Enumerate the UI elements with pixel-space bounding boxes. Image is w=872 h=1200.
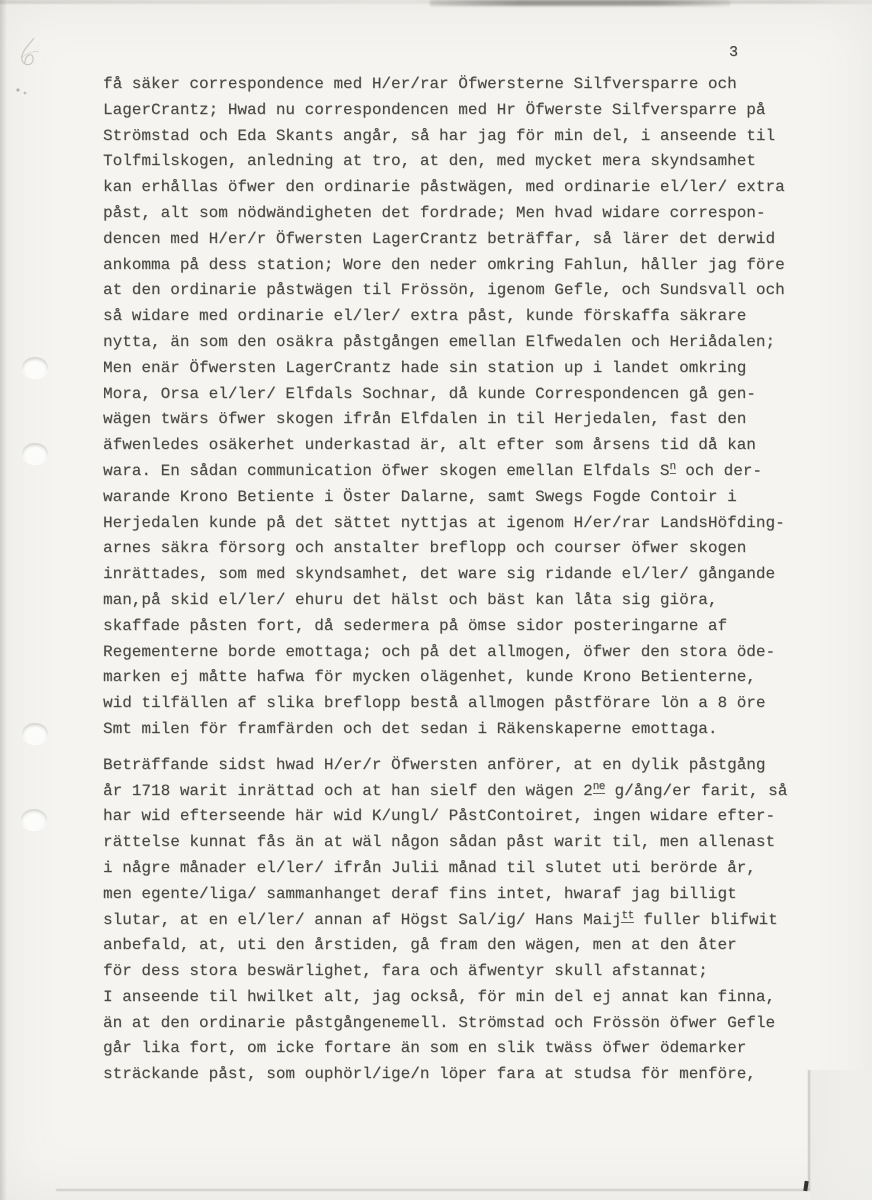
paper-edge-bottom [56,1189,810,1191]
typewritten-text: få säker correspondence med H/er/rar Öfw… [103,72,815,1098]
text-line: Mora, Orsa el/ler/ Elfdals Sochnar, då k… [103,382,815,408]
superscript-abbreviation: tt [621,910,633,923]
text-line: Smt milen för framfärden och det sedan i… [103,717,815,743]
pencil-mark [12,34,46,100]
text-line: slutar, at en el/ler/ annan af Högst Sal… [103,908,815,934]
text-line: år 1718 warit inrättad och at han sielf … [103,779,815,805]
superscript-abbreviation: n [670,461,676,474]
hole-punch [21,809,47,830]
text-line: Beträffande sidst hwad H/er/r Öfwersten … [103,753,815,779]
text-line: än at den ordinarie påstgångenemell. Str… [103,1011,815,1037]
text-line: så widare med ordinarie el/ler/ extra på… [103,304,815,330]
text-line: dencen med H/er/r Öfwersten LagerCrantz … [103,227,815,253]
text-line: man,på skid el/ler/ ehuru det hälst och … [103,588,815,614]
hole-punch [22,723,48,744]
text-line: Herjedalen kunde på det sättet nyttjas a… [103,511,815,537]
paper-corner-backing [810,1070,872,1200]
text-line: påst, alt som nödwändigheten det fordrad… [103,201,815,227]
page-number: 3 [729,44,738,61]
text-line: nytta, än som den osäkra påstgången emel… [103,330,815,356]
paragraph: Beträffande sidst hwad H/er/r Öfwersten … [103,753,815,1088]
text-line: för dess stora beswärlighet, fara och äf… [103,959,815,985]
scanned-document-page: 3 få säker correspondence med H/er/rar Ö… [0,0,872,1200]
text-line: få säker correspondence med H/er/rar Öfw… [103,72,815,98]
text-line: har wid efterseende här wid K/ungl/ Påst… [103,804,815,830]
text-line: arnes säkra försorg och anstalter breflo… [103,536,815,562]
text-line: inrättades, som med skyndsamhet, det war… [103,562,815,588]
hole-punch [22,357,48,378]
scan-edge-artifact [430,0,730,6]
text-line: wid tilfällen af slika breflopp bestå al… [103,691,815,717]
text-line: Tolfmilskogen, anledning at tro, at den,… [103,149,815,175]
text-line: marken ej måtte hafwa för mycken olägenh… [103,665,815,691]
text-line: sträckande påst, som ouphörl/ige/n löper… [103,1062,815,1088]
text-line: at den ordinarie påstwägen til Frössön, … [103,278,815,304]
text-line: Men enär Öfwersten LagerCrantz hade sin … [103,356,815,382]
hole-punch [22,443,48,464]
paragraph: få säker correspondence med H/er/rar Öfw… [103,72,815,743]
text-line: men egente/liga/ sammanhanget deraf fins… [103,882,815,908]
text-line: wägen twärs öfwer skogen ifrån Elfdalen … [103,407,815,433]
text-line: går lika fort, om icke fortare än som en… [103,1036,815,1062]
text-line: I anseende til hwilket alt, jag också, f… [103,985,815,1011]
text-line: Strömstad och Eda Skants angår, så har j… [103,124,815,150]
paper-edge-right [808,1070,810,1190]
text-line: rättelse kunnat fås än at wäl någon såda… [103,830,815,856]
text-line: kan erhållas öfwer den ordinarie påstwäg… [103,175,815,201]
text-line: äfwenledes osäkerhet underkastad är, alt… [103,433,815,459]
text-line: wara. En sådan communication öfwer skoge… [103,459,815,485]
text-line: Regementerne borde emottaga; och på det … [103,640,815,666]
text-line: i någre månader el/ler/ ifrån Julii måna… [103,856,815,882]
text-line: LagerCrantz; Hwad nu correspondencen med… [103,98,815,124]
text-line: warande Krono Betiente i Öster Dalarne, … [103,485,815,511]
text-line: skaffade påsten fort, då sedermera på öm… [103,614,815,640]
left-edge-shadow [0,0,7,1200]
superscript-abbreviation: ne [593,781,605,794]
text-line: anbefald, at, uti den årstiden, gå fram … [103,933,815,959]
text-line: ankomma på dess station; Wore den neder … [103,253,815,279]
